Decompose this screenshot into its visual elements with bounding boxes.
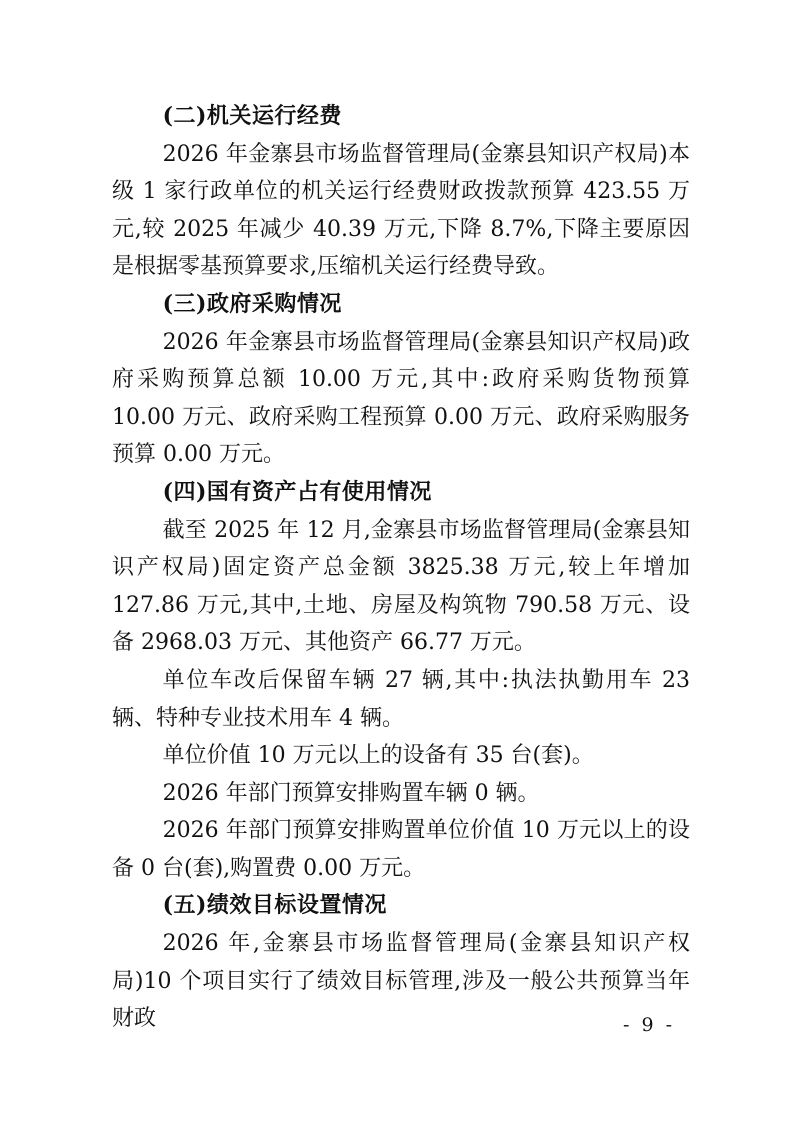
section-heading-4: (四)国有资产占有使用情况 xyxy=(112,474,690,512)
paragraph: 2026 年金寨县市场监督管理局(金寨县知识产权局)本级 1 家行政单位的机关运… xyxy=(112,136,690,286)
paragraph: 截至 2025 年 12 月,金寨县市场监督管理局(金寨县知识产权局)固定资产总… xyxy=(112,512,690,662)
section-heading-5: (五)绩效目标设置情况 xyxy=(112,887,690,925)
document-page: (二)机关运行经费 2026 年金寨县市场监督管理局(金寨县知识产权局)本级 1… xyxy=(0,0,793,1122)
paragraph: 单位价值 10 万元以上的设备有 35 台(套)。 xyxy=(112,737,690,775)
page-number: - 9 - xyxy=(623,1014,675,1036)
page-content: (二)机关运行经费 2026 年金寨县市场监督管理局(金寨县知识产权局)本级 1… xyxy=(112,98,690,1038)
paragraph: 2026 年部门预算安排购置单位价值 10 万元以上的设备 0 台(套),购置费… xyxy=(112,812,690,887)
paragraph: 2026 年,金寨县市场监督管理局(金寨县知识产权局)10 个项目实行了绩效目标… xyxy=(112,925,690,1038)
section-heading-3: (三)政府采购情况 xyxy=(112,286,690,324)
section-heading-2: (二)机关运行经费 xyxy=(112,98,690,136)
paragraph: 单位车改后保留车辆 27 辆,其中:执法执勤用车 23 辆、特种专业技术用车 4… xyxy=(112,662,690,737)
paragraph: 2026 年金寨县市场监督管理局(金寨县知识产权局)政府采购预算总额 10.00… xyxy=(112,324,690,474)
paragraph: 2026 年部门预算安排购置车辆 0 辆。 xyxy=(112,775,690,813)
